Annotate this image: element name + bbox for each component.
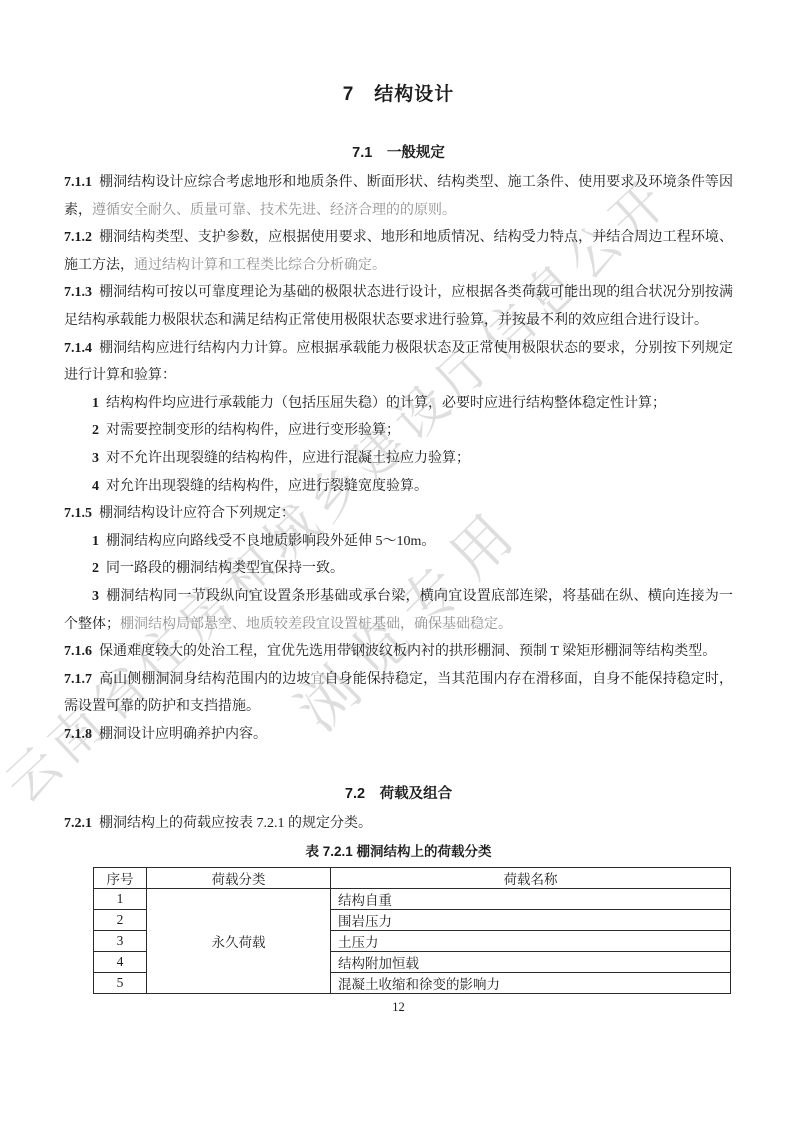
clause-number: 7.2.1 [64,816,92,831]
subitem-number: 1 [92,396,99,411]
cell-no: 1 [94,888,147,909]
chapter-title: 7 结构设计 [64,83,733,107]
header-cell-no: 序号 [94,867,147,888]
clause-number: 7.1.4 [64,341,92,356]
cell-load-name: 结构自重 [331,888,731,909]
section-7-2-body: 7.2.1棚洞结构上的荷载应按表 7.2.1 的规定分类。 表 7.2.1 棚洞… [64,810,733,993]
clause-text: 棚洞结构上的荷载应按表 7.2.1 的规定分类。 [99,816,372,831]
cell-load-name: 土压力 [331,930,731,951]
clause-7-1-6: 7.1.6保通难度较大的处治工程，宜优先选用带钢波纹板内衬的拱形棚洞、预制 T … [64,638,733,666]
clause-number: 7.1.1 [64,175,92,190]
section-7-1-heading: 7.1 一般规定 [64,143,733,163]
cell-load-name: 围岩压力 [331,909,731,930]
subitem-text: 同一路段的棚洞结构类型宜保持一致。 [106,561,344,576]
clause-7-2-1: 7.2.1棚洞结构上的荷载应按表 7.2.1 的规定分类。 [64,810,733,838]
clause-text: 保通难度较大的处治工程，宜优先选用带钢波纹板内衬的拱形棚洞、预制 T 梁矩形棚洞… [99,644,716,659]
clause-7-1-5: 7.1.5棚洞结构设计应符合下列规定： [64,500,733,528]
clause-number: 7.1.7 [64,672,92,687]
clause-text-gray: 通过结构计算和工程类比综合分析确定。 [134,258,386,273]
clause-7-1-4: 7.1.4棚洞结构应进行结构内力计算。应根据承载能力极限状态及正常使用极限状态的… [64,335,733,390]
page-number: 12 [64,999,733,1015]
subitem-text: 结构构件均应进行承载能力（包括压屈失稳）的计算，必要时应进行结构整体稳定性计算； [106,396,666,411]
cell-load-class-group: 永久荷载 [147,888,331,993]
clause-7-1-8: 7.1.8棚洞设计应明确养护内容。 [64,721,733,749]
clause-7-1-7: 7.1.7高山侧棚洞洞身结构范围内的边坡宜自身能保持稳定，当其范围内存在滑移面，… [64,666,733,721]
table-caption: 表 7.2.1 棚洞结构上的荷载分类 [64,838,733,866]
clause-text: 高山侧棚洞洞身结构范围内的边坡 [99,672,310,687]
clause-7-1-1: 7.1.1棚洞结构设计应综合考虑地形和地质条件、断面形状、结构类型、施工条件、使… [64,169,733,224]
subitem-7-1-4-3: 3对不允许出现裂缝的结构构件，应进行混凝土拉应力验算； [64,445,733,473]
table-row: 1 永久荷载 结构自重 [94,888,731,909]
cell-no: 5 [94,972,147,993]
subitem-text-gray: 棚洞结构局部悬空、地质较差段宜设置桩基础，确保基础稳定。 [120,617,512,632]
cell-no: 4 [94,951,147,972]
subitem-number: 3 [92,589,99,604]
table-header-row: 序号 荷载分类 荷载名称 [94,867,731,888]
subitem-7-1-4-4: 4对允许出现裂缝的结构构件，应进行裂缝宽度验算。 [64,473,733,501]
cell-no: 2 [94,909,147,930]
subitem-number: 2 [92,423,99,438]
subitem-7-1-5-3: 3棚洞结构同一节段纵向宜设置条形基础或承台梁，横向宜设置底部连梁，将基础在纵、横… [64,583,733,638]
clause-text-gray: 宜 [310,672,324,687]
clause-number: 7.1.5 [64,506,92,521]
subitem-text: 对不允许出现裂缝的结构构件，应进行混凝土拉应力验算； [106,451,470,466]
clause-text-gray: 遵循安全耐久、质量可靠、技术先进、经济合理的的原则。 [92,203,456,218]
document-page: 云南省住房和城乡建设厅信息公开 浏览专用 7 结构设计 7.1 一般规定 7.1… [0,0,793,1122]
clause-text: 棚洞结构设计应符合下列规定： [99,506,295,521]
clause-number: 7.1.8 [64,727,92,742]
section-7-2-heading: 7.2 荷载及组合 [64,784,733,804]
subitem-number: 3 [92,451,99,466]
subitem-text: 对需要控制变形的结构构件，应进行变形验算； [106,423,400,438]
page-content: 7 结构设计 7.1 一般规定 7.1.1棚洞结构设计应综合考虑地形和地质条件、… [64,0,733,1015]
cell-load-name: 结构附加恒载 [331,951,731,972]
clause-text: 棚洞设计应明确养护内容。 [99,727,267,742]
load-classification-table: 序号 荷载分类 荷载名称 1 永久荷载 结构自重 2 围岩压力 3 土压力 [93,867,731,994]
subitem-7-1-5-1: 1棚洞结构应向路线受不良地质影响段外延伸 5～10m。 [64,528,733,556]
header-cell-name: 荷载名称 [331,867,731,888]
subitem-7-1-4-1: 1结构构件均应进行承载能力（包括压屈失稳）的计算，必要时应进行结构整体稳定性计算… [64,390,733,418]
clause-7-1-3: 7.1.3棚洞结构可按以可靠度理论为基础的极限状态进行设计，应根据各类荷载可能出… [64,279,733,334]
clause-text: 棚洞结构可按以可靠度理论为基础的极限状态进行设计，应根据各类荷载可能出现的组合状… [64,285,733,328]
clause-number: 7.1.2 [64,230,92,245]
cell-no: 3 [94,930,147,951]
subitem-text: 对允许出现裂缝的结构构件，应进行裂缝宽度验算。 [106,479,428,494]
clause-text: 棚洞结构应进行结构内力计算。应根据承载能力极限状态及正常使用极限状态的要求，分别… [64,341,733,384]
clause-number: 7.1.6 [64,644,92,659]
clause-7-1-2: 7.1.2棚洞结构类型、支护参数，应根据使用要求、地形和地质情况、结构受力特点，… [64,224,733,279]
subitem-number: 4 [92,479,99,494]
subitem-number: 1 [92,534,99,549]
header-cell-class: 荷载分类 [147,867,331,888]
subitem-7-1-5-2: 2同一路段的棚洞结构类型宜保持一致。 [64,555,733,583]
section-7-1-body: 7.1.1棚洞结构设计应综合考虑地形和地质条件、断面形状、结构类型、施工条件、使… [64,169,733,748]
subitem-7-1-4-2: 2对需要控制变形的结构构件，应进行变形验算； [64,417,733,445]
subitem-number: 2 [92,561,99,576]
cell-load-name: 混凝土收缩和徐变的影响力 [331,972,731,993]
clause-number: 7.1.3 [64,285,92,300]
subitem-text: 棚洞结构应向路线受不良地质影响段外延伸 5～10m。 [106,534,435,549]
